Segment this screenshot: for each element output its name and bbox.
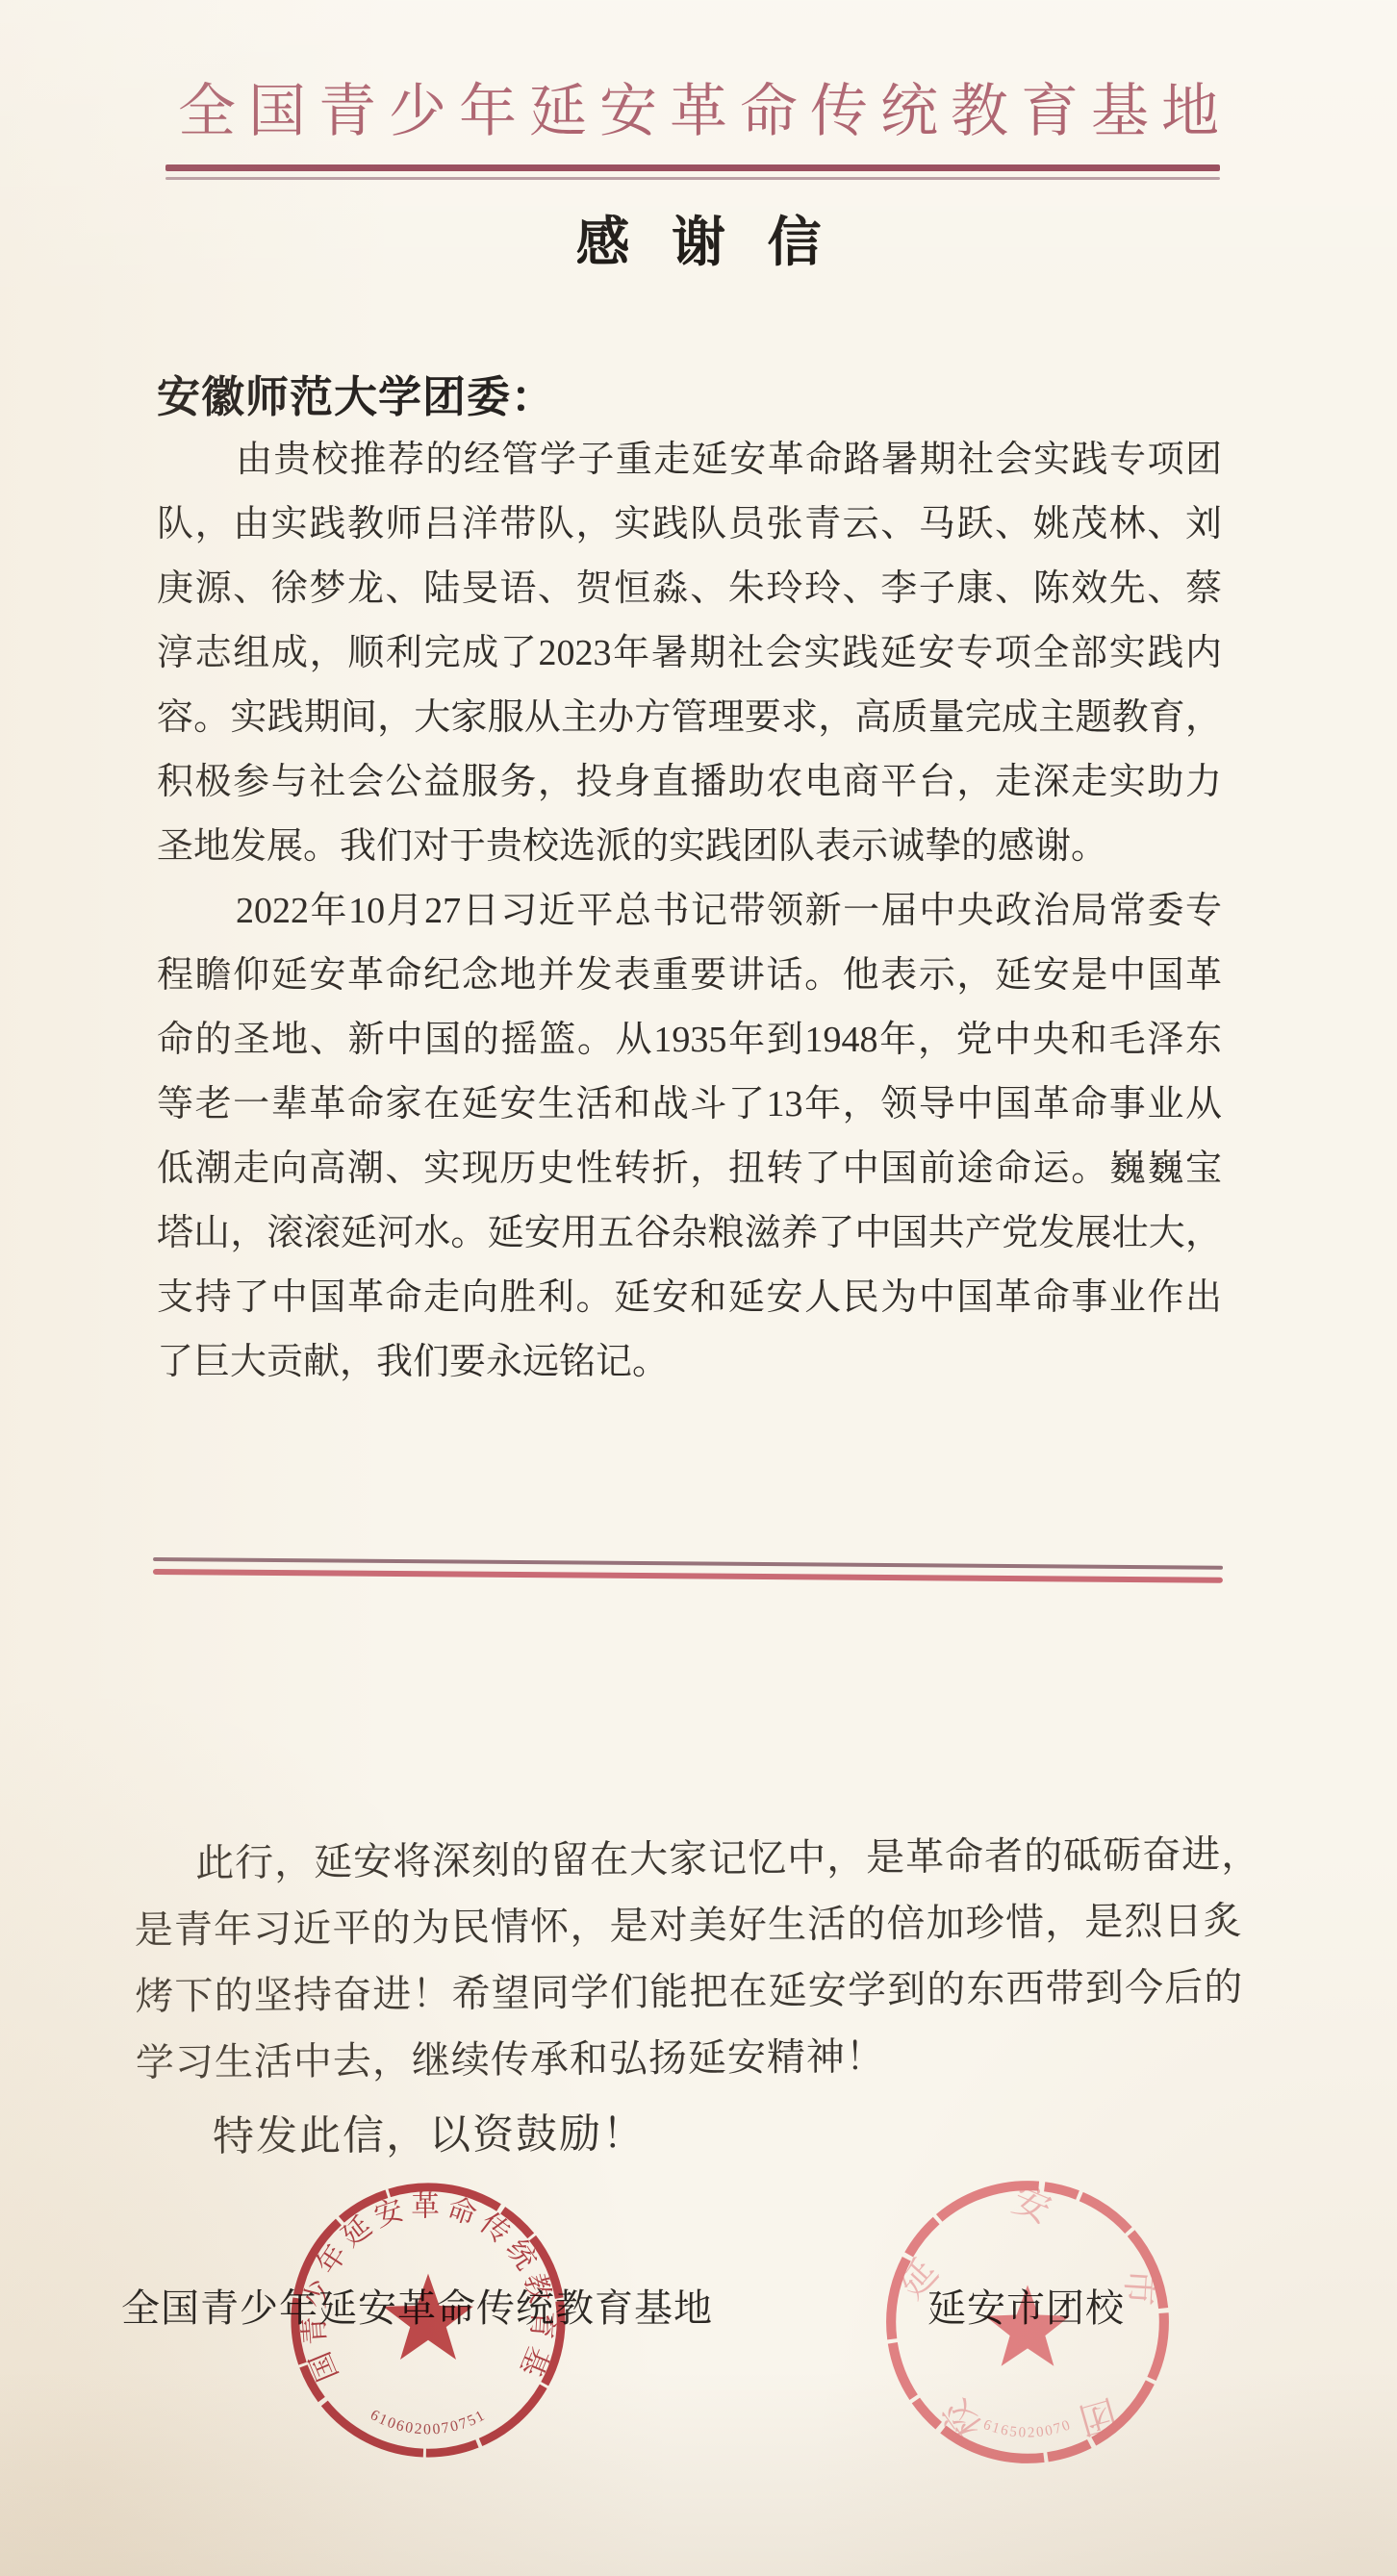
body-line: 圣地发展。我们对于贵校选派的实践团队表示诚挚的感谢。 (157, 815, 1222, 879)
body-line: 队，由实践教师吕洋带队，实践队员张青云、马跃、姚茂林、刘 (157, 492, 1222, 557)
body-line: 由贵校推荐的经管学子重走延安革命路暑期社会实践专项团 (157, 428, 1222, 492)
salutation: 安徽师范大学团委： (157, 362, 555, 424)
body-line: 命的圣地、新中国的摇篮。从1935年到1948年，党中央和毛泽东 (157, 1008, 1222, 1073)
body-line: 淳志组成，顺利完成了2023年暑期社会实践延安专项全部实践内 (157, 621, 1222, 686)
closing-line: 是青年习近平的为民情怀，是对美好生活的倍加珍惜，是烈日炙 (134, 1887, 1243, 1963)
page-break-rule (153, 1557, 1223, 1583)
body-line: 等老一辈革命家在延安生活和战斗了13年，领导中国革命事业从 (157, 1073, 1222, 1137)
body-line: 塔山，滚滚延河水。延安用五谷杂粮滋养了中国共产党发展壮大， (157, 1201, 1222, 1266)
svg-text:6106020070751: 6106020070751 (368, 2407, 489, 2437)
letterhead-rule-thin (165, 177, 1220, 180)
stamp-left: 全国青少年延安革命传统教育基地 6106020070751 (286, 2178, 571, 2467)
closing-line: 学习生活中去，继续传承和弘扬延安精神！ (136, 2020, 1245, 2096)
letterhead-rule (165, 164, 1220, 180)
body-line: 低潮走向高潮、实现历史性转折，扭转了中国前途命运。巍巍宝 (157, 1137, 1222, 1201)
body-line: 2022年10月27日习近平总书记带领新一届中央政治局常委专 (157, 879, 1222, 944)
body-line: 容。实践期间，大家服从主办方管理要求，高质量完成主题教育， (157, 686, 1222, 750)
closing-line: 烤下的坚持奋进！希望同学们能把在延安学到的东西带到今后的 (135, 1954, 1244, 2030)
stamp-left-ring-text: 全国青少年延安革命传统教育基地 (286, 2178, 558, 2386)
svg-text:全国青少年延安革命传统教育基地: 全国青少年延安革命传统教育基地 (286, 2178, 558, 2386)
stamp-left-serial: 6106020070751 (368, 2407, 489, 2437)
body-line: 庚源、徐梦龙、陆旻语、贺恒淼、朱玲玲、李子康、陈效先、蔡 (157, 557, 1222, 621)
issue-line: 特发此信，以资鼓励！ (213, 2101, 646, 2162)
letterhead-rule-thick (165, 164, 1220, 171)
body-line: 支持了中国革命走向胜利。延安和延安人民为中国革命事业作出 (157, 1266, 1222, 1330)
stamp-right: 延安市团校 6165020070 (881, 2176, 1174, 2473)
document-title: 感 谢 信 (0, 208, 1397, 277)
body-line: 程瞻仰延安革命纪念地并发表重要讲话。他表示，延安是中国革 (157, 944, 1222, 1008)
red-star-icon (985, 2285, 1071, 2365)
letter-page: 全国青少年延安革命传统教育基地 感 谢 信 安徽师范大学团委： 由贵校推荐的经管… (0, 0, 1397, 2576)
red-star-icon (383, 2274, 473, 2360)
closing-paragraph: 此行，延安将深刻的留在大家记忆中，是革命者的砥砺奋进， 是青年习近平的为民情怀，… (134, 1821, 1244, 2096)
letter-body: 由贵校推荐的经管学子重走延安革命路暑期社会实践专项团 队，由实践教师吕洋带队，实… (157, 428, 1222, 1395)
closing-line: 此行，延安将深刻的留在大家记忆中，是革命者的砥砺奋进， (134, 1821, 1243, 1897)
body-line: 积极参与社会公益服务，投身直播助农电商平台，走深走实助力 (157, 750, 1222, 815)
letterhead-org-name: 全国青少年延安革命传统教育基地 (0, 69, 1397, 154)
body-line: 了巨大贡献，我们要永远铭记。 (157, 1330, 1222, 1395)
